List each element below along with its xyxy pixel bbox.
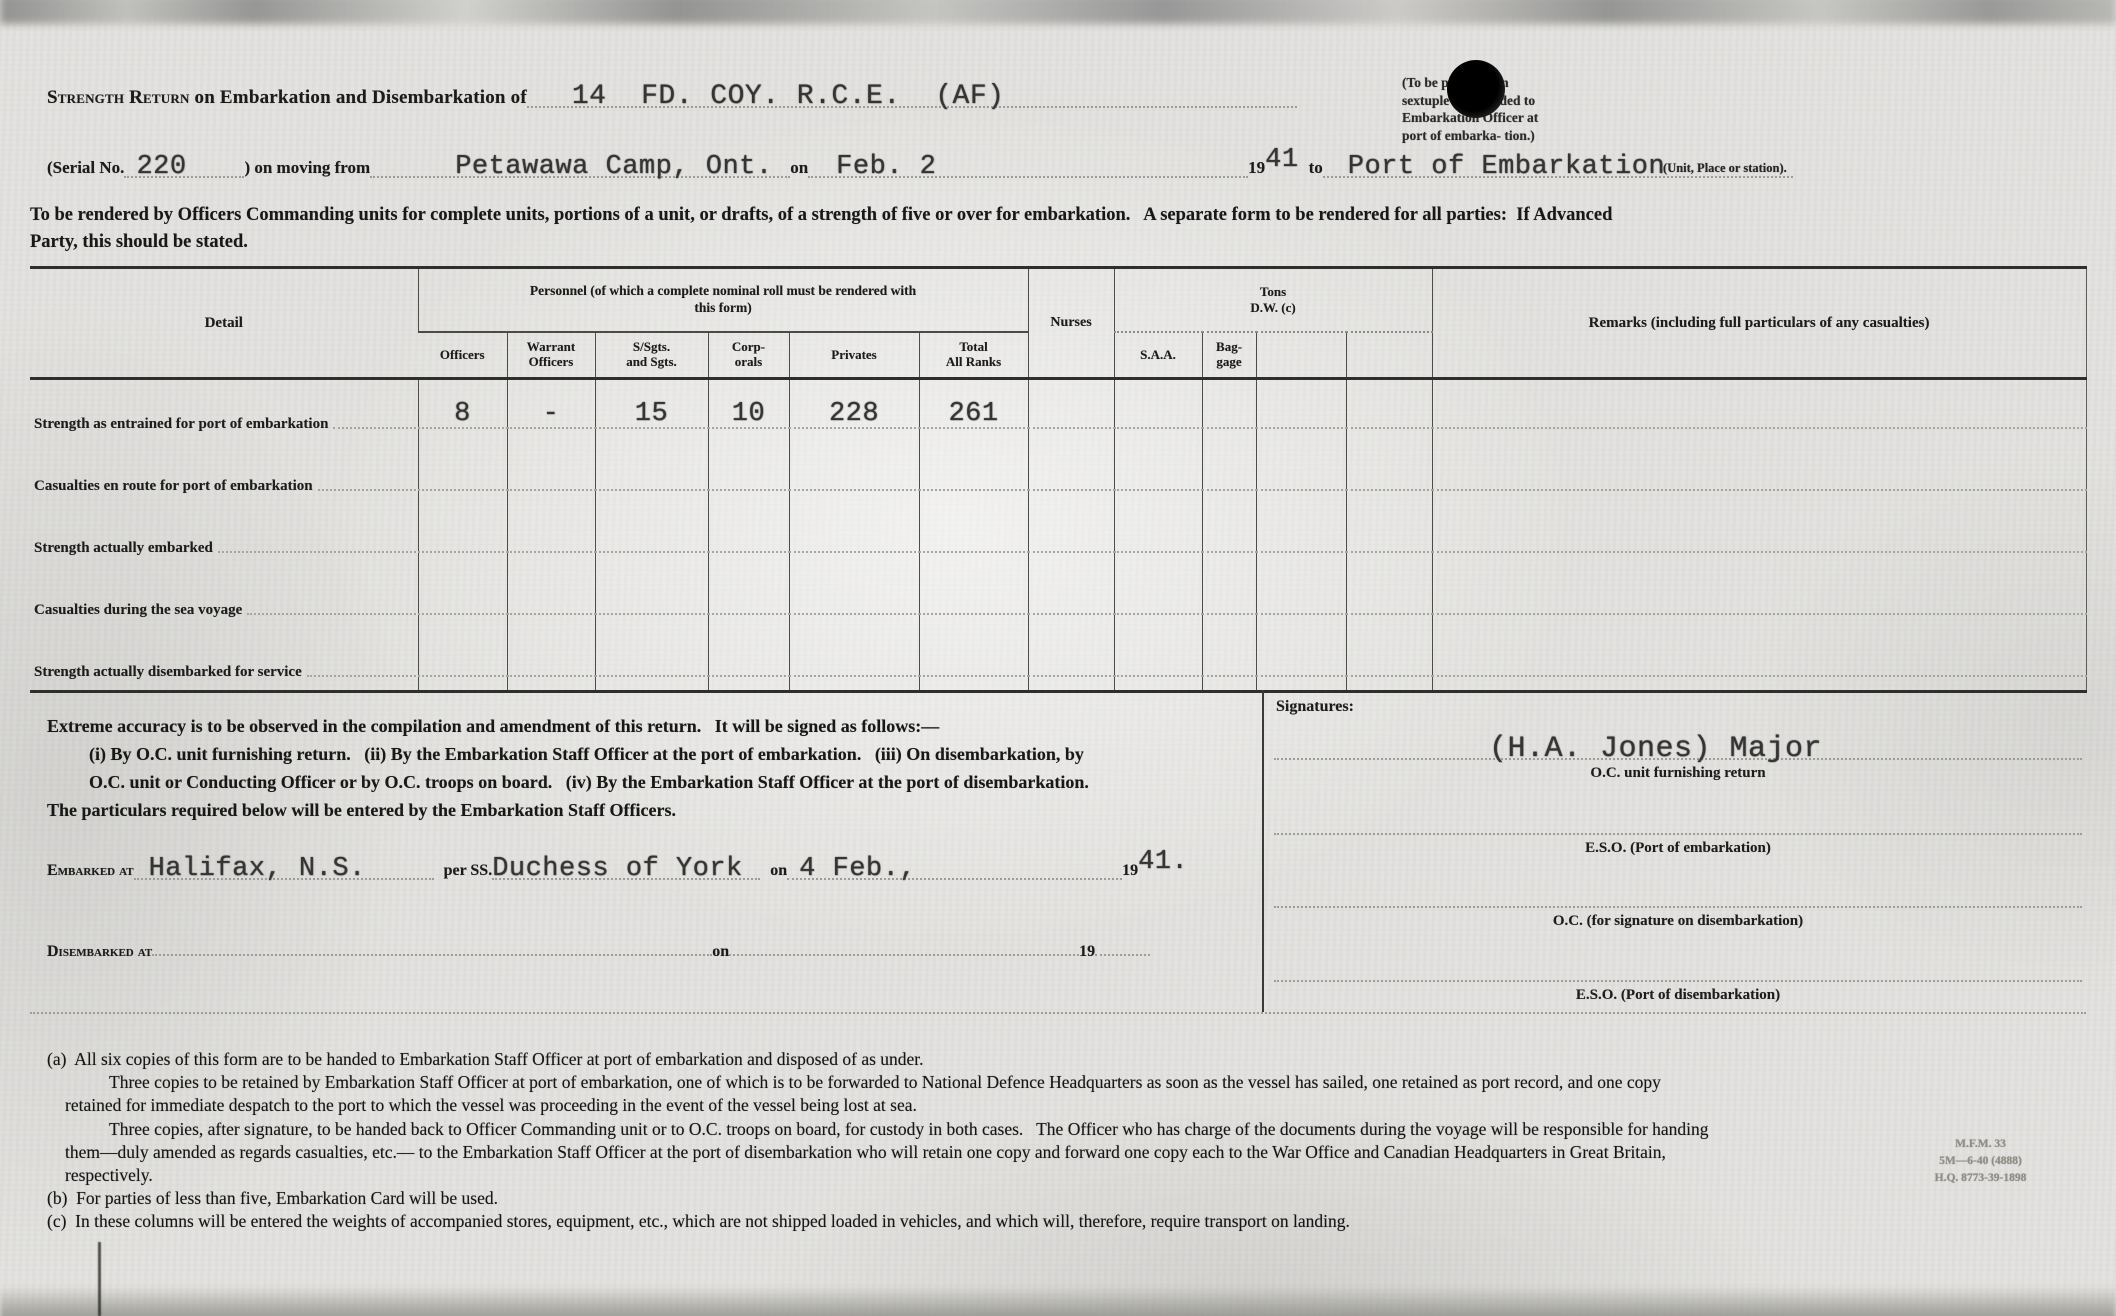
dotted-rule [919, 489, 1029, 491]
privates-cell [789, 628, 919, 692]
remarks-cell [1432, 628, 2086, 692]
dotted-rule [789, 489, 920, 491]
dotted-rule [1114, 489, 1203, 491]
disembark-year-prefix: 19 [1079, 943, 1095, 961]
dotted-rule [1114, 427, 1203, 429]
corporals-cell [708, 442, 789, 504]
row-label-cell: Strength actually disembarked for servic… [30, 628, 418, 692]
destination-hint: (Unit, Place or station). [1663, 161, 1787, 176]
tons-blank-cell [1256, 379, 1346, 443]
signature-line [1274, 949, 2082, 982]
dotted-rule [919, 427, 1029, 429]
form-title-smallcaps: Strength Return [47, 87, 190, 109]
baggage-cell [1202, 566, 1256, 628]
warrant-officers-cell [507, 628, 595, 692]
dotted-rule [595, 613, 709, 615]
col-header-baggage: Bag- gage [1202, 332, 1256, 379]
scan-artifact-top-band [0, 0, 2116, 24]
col-header-corporals: Corp- orals [708, 332, 789, 379]
tons-blank-cell [1346, 628, 1432, 692]
privates-value: 228 [790, 401, 919, 428]
disembark-date-field [729, 928, 1079, 956]
signature-value: (H.A. Jones) Major [1274, 734, 1822, 764]
col-header-warrant-officers: Warrant Officers [507, 332, 595, 379]
dotted-rule [789, 427, 920, 429]
tons-blank-cell [1256, 442, 1346, 504]
dotted-rule [1256, 427, 1347, 429]
dotted-rule [507, 489, 596, 491]
embark-on-label: on [770, 862, 787, 880]
embark-year-prefix: 19 [1122, 862, 1138, 880]
corporals-cell [708, 566, 789, 628]
dotted-rule [1202, 489, 1257, 491]
tons-blank-cell [1256, 566, 1346, 628]
officers-cell [418, 566, 507, 628]
print-ref-3: H.Q. 8773-39-1898 [1888, 1170, 2073, 1187]
total-cell [919, 504, 1028, 566]
dotted-rule [1202, 613, 1257, 615]
signature-line [1274, 875, 2082, 908]
embark-date-value: 4 Feb., [787, 856, 916, 883]
saa-cell [1114, 379, 1202, 443]
baggage-cell [1202, 628, 1256, 692]
dotted-rule [1432, 427, 2087, 429]
embarked-at-line: Embarked at Halifax, N.S. per SS. Duches… [47, 852, 1188, 883]
footnote-a-cont-1: Three copies to be retained by Embarkati… [47, 1071, 1709, 1094]
ssgts-value: 15 [596, 401, 708, 428]
dotted-rule [789, 675, 920, 677]
saa-cell [1114, 566, 1202, 628]
dotted-rule [1346, 427, 1433, 429]
dotted-leader [307, 675, 416, 677]
total-value: 261 [920, 401, 1028, 428]
table-row-casualties-en-route: Casualties en route for port of embarkat… [30, 442, 2086, 504]
accuracy-paragraph: Extreme accuracy is to be observed in th… [47, 712, 1089, 824]
remarks-cell [1432, 379, 2086, 443]
embark-year-value: 41. [1138, 849, 1188, 876]
dotted-rule [1028, 551, 1115, 553]
col-header-tons: Tons D.W. (c) [1114, 268, 1432, 333]
officers-cell [418, 628, 507, 692]
col-header-ssgts-sgts: S/Sgts. and Sgts. [595, 332, 708, 379]
signature-line: (H.A. Jones) Major [1274, 708, 2082, 760]
dotted-rule [507, 613, 596, 615]
signature-label: E.S.O. (Port of embarkation) [1274, 840, 2082, 857]
accuracy-line-4: The particulars required below will be e… [47, 796, 1089, 824]
corporals-value: 10 [709, 401, 789, 428]
dotted-leader [333, 427, 415, 429]
on-label: on [790, 158, 808, 178]
dotted-rule [1114, 613, 1203, 615]
horizontal-divider-rule [30, 1012, 2086, 1014]
destination-value: Port of Embarkation [1323, 154, 1665, 181]
disembark-place-field [152, 928, 712, 956]
dotted-rule [789, 551, 920, 553]
accuracy-line-1: Extreme accuracy is to be observed in th… [47, 712, 1089, 740]
remarks-cell [1432, 442, 2086, 504]
instructions-line-2: Party, this should be stated. [30, 229, 1612, 256]
nurses-cell [1028, 628, 1114, 692]
scan-artifact-edge-line [98, 1242, 101, 1316]
col-header-privates: Privates [789, 332, 919, 379]
dotted-leader [218, 551, 416, 553]
footnote-b: (b) For parties of less than five, Embar… [47, 1187, 1709, 1210]
privates-cell [789, 566, 919, 628]
dotted-rule [1432, 489, 2087, 491]
dotted-rule [1432, 613, 2087, 615]
dotted-rule [708, 427, 790, 429]
row-label-cell: Strength as entrained for port of embark… [30, 379, 418, 443]
dotted-rule [708, 613, 790, 615]
ship-value: Duchess of York [492, 856, 743, 883]
dotted-rule [708, 551, 790, 553]
ship-field: Duchess of York [492, 852, 760, 880]
dotted-rule [595, 675, 709, 677]
disembark-year-field [1095, 928, 1150, 956]
warrant-officers-cell [507, 442, 595, 504]
form-title-rest: on Embarkation and Disembarkation of [190, 87, 527, 109]
dotted-rule [418, 489, 508, 491]
destination-field: Port of Embarkation (Unit, Place or stat… [1323, 150, 1793, 178]
dotted-rule [418, 551, 508, 553]
footnotes-section: (a) All six copies of this form are to b… [47, 1048, 1709, 1234]
serial-label: (Serial No. [47, 158, 124, 178]
disembarked-at-line: Disembarked at on 19 [47, 928, 1150, 961]
saa-cell [1114, 504, 1202, 566]
scan-artifact-bottom-band [0, 1286, 2116, 1316]
dotted-rule [1256, 489, 1347, 491]
warrant-officers-cell: - [507, 379, 595, 443]
footnote-a-cont-5: respectively. [47, 1164, 1709, 1187]
table-header: Detail Personnel (of which a complete no… [30, 268, 2086, 379]
moving-from-label: ) on moving from [244, 158, 370, 178]
tons-blank-cell [1256, 504, 1346, 566]
tons-blank-cell [1346, 379, 1432, 443]
dotted-rule [789, 613, 920, 615]
dotted-rule [595, 489, 709, 491]
ssgts-cell [595, 566, 708, 628]
total-cell [919, 442, 1028, 504]
row-label-cell: Casualties en route for port of embarkat… [30, 442, 418, 504]
serial-value: 220 [124, 154, 186, 181]
officers-cell [418, 504, 507, 566]
table-row-actually-embarked: Strength actually embarked [30, 504, 2086, 566]
dotted-rule [1202, 427, 1257, 429]
saa-cell [1114, 628, 1202, 692]
signature-line [1274, 802, 2082, 835]
dotted-rule [708, 675, 790, 677]
row-label: Strength as entrained for port of embark… [34, 416, 328, 433]
dotted-rule [1028, 675, 1115, 677]
col-header-total-all-ranks: Total All Ranks [919, 332, 1028, 379]
dotted-leader [318, 489, 416, 491]
ssgts-cell [595, 504, 708, 566]
dotted-rule [1346, 675, 1433, 677]
footnote-a-cont-4: them—duly amended as regards casualties,… [47, 1141, 1709, 1164]
signatures-section: Signatures: (H.A. Jones) Major O.C. unit… [1262, 690, 2088, 1012]
total-cell [919, 628, 1028, 692]
hole-punch-mark [1447, 60, 1505, 118]
dotted-rule [1346, 551, 1433, 553]
footnote-a-cont-3: Three copies, after signature, to be han… [47, 1118, 1709, 1141]
per-ss-label: per SS. [444, 862, 493, 880]
signature-label: O.C. (for signature on disembarkation) [1274, 913, 2082, 930]
footnote-c: (c) In these columns will be entered the… [47, 1210, 1709, 1233]
total-cell: 261 [919, 379, 1028, 443]
row-label: Strength actually disembarked for servic… [34, 664, 302, 681]
signature-entry-oc-disembark: O.C. (for signature on disembarkation) [1274, 875, 2082, 930]
tons-blank-cell [1346, 566, 1432, 628]
dotted-rule [1256, 675, 1347, 677]
tons-blank-cell [1346, 442, 1432, 504]
ssgts-cell [595, 628, 708, 692]
year-value: 41 [1265, 147, 1298, 174]
dotted-rule [507, 675, 596, 677]
officers-cell: 8 [418, 379, 507, 443]
dotted-leader [247, 613, 415, 615]
disembark-on-label: on [712, 943, 729, 961]
accuracy-line-3: O.C. unit or Conducting Officer or by O.… [47, 768, 1089, 796]
tons-blank-cell [1256, 628, 1346, 692]
warrant-officers-value: - [508, 401, 595, 428]
dotted-rule [919, 675, 1029, 677]
nurses-cell [1028, 504, 1114, 566]
disembarked-at-label: Disembarked at [47, 943, 152, 961]
dotted-rule [1432, 551, 2087, 553]
officers-cell [418, 442, 507, 504]
ssgts-cell [595, 442, 708, 504]
row-label-cell: Casualties during the sea voyage [30, 566, 418, 628]
saa-cell [1114, 442, 1202, 504]
officers-value: 8 [419, 401, 507, 428]
form-title-line: Strength Return on Embarkation and Disem… [47, 80, 1297, 109]
dotted-rule [1432, 675, 2087, 677]
nurses-cell [1028, 566, 1114, 628]
corporals-cell [708, 504, 789, 566]
warrant-officers-cell [507, 504, 595, 566]
signature-label: E.S.O. (Port of disembarkation) [1274, 987, 2082, 1004]
corporals-cell: 10 [708, 379, 789, 443]
table-row-disembarked-for-service: Strength actually disembarked for servic… [30, 628, 2086, 692]
dotted-rule [507, 551, 596, 553]
dotted-rule [418, 427, 508, 429]
col-header-remarks: Remarks (including full particulars of a… [1432, 268, 2086, 379]
origin-field: Petawawa Camp, Ont. [370, 150, 790, 178]
origin-value: Petawawa Camp, Ont. [370, 154, 772, 181]
dotted-rule [418, 613, 508, 615]
total-cell [919, 566, 1028, 628]
instructions-line-1: To be rendered by Officers Commanding un… [30, 202, 1612, 229]
privates-cell [789, 442, 919, 504]
remarks-cell [1432, 504, 2086, 566]
baggage-cell [1202, 504, 1256, 566]
print-ref-2: 5M—6-40 (4888) [1888, 1153, 2073, 1170]
signature-entry-eso-embark: E.S.O. (Port of embarkation) [1274, 802, 2082, 857]
col-header-tons-blank-2 [1346, 332, 1432, 379]
dotted-rule [507, 427, 596, 429]
unit-field: 14 FD. COY. R.C.E. (AF) [527, 80, 1297, 108]
to-label: to [1309, 158, 1323, 178]
row-label-cell: Strength actually embarked [30, 504, 418, 566]
ssgts-cell: 15 [595, 379, 708, 443]
signature-entry-eso-disembark: E.S.O. (Port of disembarkation) [1274, 949, 2082, 1004]
col-header-nurses: Nurses [1028, 268, 1114, 379]
dotted-rule [595, 427, 709, 429]
dotted-rule [1028, 427, 1115, 429]
col-header-tons-blank-1 [1256, 332, 1346, 379]
footnote-a-cont-2: retained for immediate despatch to the p… [47, 1094, 1709, 1117]
dotted-rule [708, 489, 790, 491]
dotted-rule [1028, 489, 1115, 491]
embarked-at-label: Embarked at [47, 862, 134, 880]
strength-return-form-scan: Strength Return on Embarkation and Disem… [0, 0, 2116, 1316]
dotted-rule [1028, 613, 1115, 615]
dotted-rule [1256, 551, 1347, 553]
nurses-cell [1028, 442, 1114, 504]
instructions-paragraph: To be rendered by Officers Commanding un… [30, 202, 1612, 256]
dotted-rule [1114, 675, 1203, 677]
dotted-rule [1202, 551, 1257, 553]
move-date-value: Feb. 2 [808, 154, 936, 181]
privates-cell: 228 [789, 379, 919, 443]
accuracy-line-2: (i) By O.C. unit furnishing return. (ii)… [47, 740, 1089, 768]
embark-date-field: 4 Feb., [787, 852, 1122, 880]
nurses-cell [1028, 379, 1114, 443]
dotted-rule [595, 551, 709, 553]
baggage-cell [1202, 379, 1256, 443]
dotted-rule [418, 675, 508, 677]
signature-entry-oc-unit: (H.A. Jones) Major O.C. unit furnishing … [1274, 708, 2082, 782]
row-label: Casualties en route for port of embarkat… [34, 478, 313, 495]
corporals-cell [708, 628, 789, 692]
dotted-rule [919, 551, 1029, 553]
col-header-personnel: Personnel (of which a complete nominal r… [418, 268, 1028, 333]
dotted-rule [1114, 551, 1203, 553]
dotted-rule [1256, 613, 1347, 615]
col-header-saa: S.A.A. [1114, 332, 1202, 379]
dotted-rule [1346, 613, 1433, 615]
dotted-rule [919, 613, 1029, 615]
print-ref-1: M.F.M. 33 [1888, 1136, 2073, 1153]
footnote-a: (a) All six copies of this form are to b… [47, 1048, 1709, 1071]
embark-place-value: Halifax, N.S. [134, 856, 366, 883]
col-header-detail: Detail [30, 268, 418, 379]
remarks-cell [1432, 566, 2086, 628]
signature-label: O.C. unit furnishing return [1274, 765, 2082, 782]
move-date-field: Feb. 2 [808, 150, 1248, 178]
warrant-officers-cell [507, 566, 595, 628]
embark-place-field: Halifax, N.S. [134, 852, 434, 880]
row-label: Casualties during the sea voyage [34, 602, 242, 619]
dotted-rule [1202, 675, 1257, 677]
year-prefix: 19 [1248, 158, 1265, 178]
serial-field: 220 [124, 150, 244, 178]
tons-blank-cell [1346, 504, 1432, 566]
row-label: Strength actually embarked [34, 540, 213, 557]
privates-cell [789, 504, 919, 566]
print-reference-block: M.F.M. 33 5M—6-40 (4888) H.Q. 8773-39-18… [1888, 1136, 2073, 1187]
dotted-rule [1346, 489, 1433, 491]
strength-table: Detail Personnel (of which a complete no… [30, 266, 2087, 693]
serial-line: (Serial No. 220 ) on moving from Petawaw… [47, 150, 1793, 181]
unit-value: 14 FD. COY. R.C.E. (AF) [527, 83, 1005, 111]
baggage-cell [1202, 442, 1256, 504]
col-header-officers: Officers [418, 332, 507, 379]
table-row-casualties-sea-voyage: Casualties during the sea voyage [30, 566, 2086, 628]
table-row-entrained: Strength as entrained for port of embark… [30, 379, 2086, 443]
